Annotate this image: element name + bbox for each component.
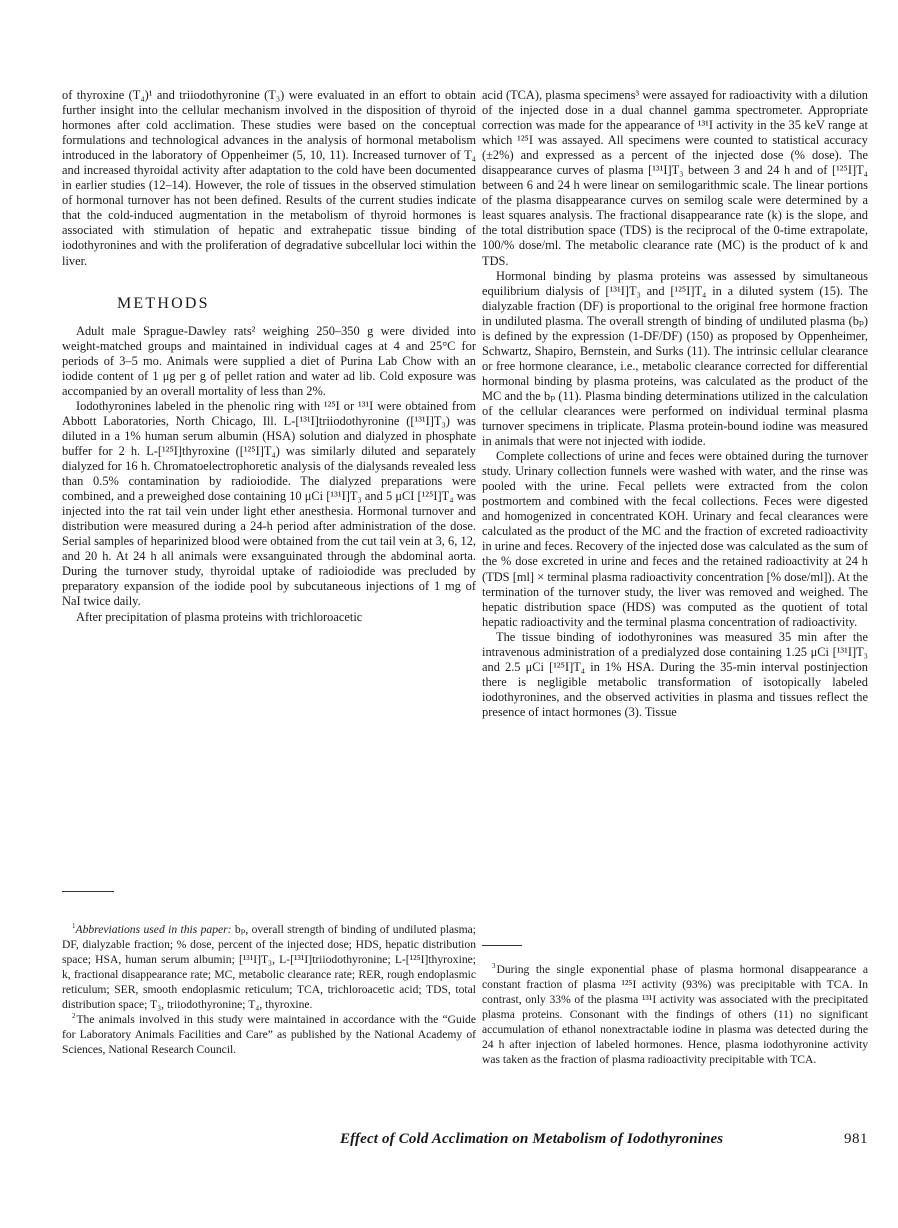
right-column: acid (TCA), plasma specimens³ were assay…: [482, 88, 868, 720]
page-number: 981: [844, 1130, 868, 1148]
left-column: of thyroxine (T₄)¹ and triiodothyronine …: [62, 88, 476, 625]
footnote-marker: 3: [492, 962, 496, 970]
footnote-1: 1Abbreviations used in this paper: bₚ, o…: [62, 922, 476, 1012]
methods-paragraph-animals: Adult male Sprague-Dawley rats² weighing…: [62, 324, 476, 399]
intro-paragraph: of thyroxine (T₄)¹ and triiodothyronine …: [62, 88, 476, 269]
methods-paragraph-precipitation: After precipitation of plasma proteins w…: [62, 610, 476, 625]
footnote-text: bₚ, overall strength of binding of undil…: [62, 923, 476, 1011]
assay-paragraph: acid (TCA), plasma specimens³ were assay…: [482, 88, 868, 269]
footnote-text: During the single exponential phase of p…: [482, 963, 868, 1066]
running-title: Effect of Cold Acclimation on Metabolism…: [340, 1130, 723, 1148]
binding-paragraph: Hormonal binding by plasma proteins was …: [482, 269, 868, 450]
footnote-divider-right: [482, 945, 522, 946]
methods-paragraph-iodothyronines: Iodothyronines labeled in the phenolic r…: [62, 399, 476, 610]
collections-paragraph: Complete collections of urine and feces …: [482, 449, 868, 630]
footnote-3: 3 During the single exponential phase of…: [482, 962, 868, 1067]
footnotes-left: 1Abbreviations used in this paper: bₚ, o…: [62, 922, 476, 1057]
tissue-binding-paragraph: The tissue binding of iodothyronines was…: [482, 630, 868, 720]
section-heading-methods: METHODS: [62, 296, 476, 311]
footnotes-right: 3 During the single exponential phase of…: [482, 962, 868, 1067]
footnote-marker: 2: [72, 1012, 76, 1020]
footnote-divider-left: [62, 891, 114, 892]
footnote-text: The animals involved in this study were …: [62, 1013, 476, 1056]
footnote-2: 2 The animals involved in this study wer…: [62, 1012, 476, 1057]
footnote-lead: Abbreviations used in this paper:: [76, 923, 232, 936]
